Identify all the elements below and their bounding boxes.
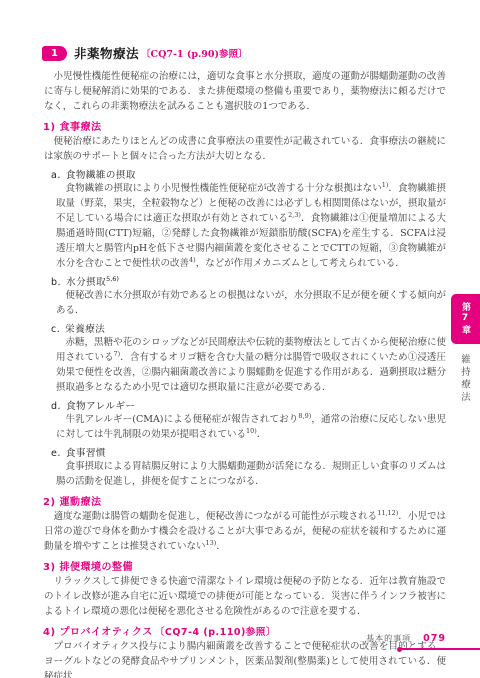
section-heading: 1)食事療法 <box>43 118 446 133</box>
reference-superscript: 11,12) <box>377 509 398 517</box>
reference-superscript: 8,9) <box>298 412 311 420</box>
section-heading-label: 排便環境の整備 <box>60 562 134 573</box>
subsection-label: d. <box>51 401 61 412</box>
section-number-badge: 1 <box>42 46 67 61</box>
subsection-label: c. <box>51 324 60 335</box>
subsection-heading-label: 食物アレルギー <box>66 401 135 412</box>
chapter-tab-label: 維持療法 <box>457 354 471 404</box>
reference-superscript: 4) <box>189 256 196 264</box>
section-probiotics: 4)プロバイオティクス〔CQ7-4 (p.110)参照〕 プロバイオティクス投与… <box>44 623 446 678</box>
subsection-heading: a.食物繊維の摂取 <box>51 167 446 181</box>
subsection-heading-label: 食事習慣 <box>66 448 106 459</box>
subsection-label: e. <box>51 448 61 459</box>
section-diet-therapy: 1)食事療法 便秘治療にあたりほとんどの成書に食事療法の重要性が記載されている．… <box>44 118 446 489</box>
reference-superscript: 2,3) <box>288 211 301 219</box>
paragraph: 便秘治療にあたりほとんどの成書に食事療法の重要性が記載されている．食事療法の継続… <box>44 134 446 164</box>
intro-paragraph: 小児慢性機能性便秘症の治療には，適切な食事と水分摂取，適度の運動が腸蠕動運動の改… <box>44 69 446 114</box>
section-number: 3) <box>43 562 56 573</box>
section-heading: 2)運動療法 <box>43 493 446 508</box>
reference-superscript: 13) <box>206 539 217 547</box>
section-exercise-therapy: 2)運動療法 適度な運動は腸管の蠕動を促進し，便秘改善につながる可能性が示唆され… <box>44 493 446 554</box>
section-heading-label: 運動療法 <box>60 497 102 508</box>
subsection-heading-label: 食物繊維の摂取 <box>66 170 136 181</box>
subsection-food-allergy: d.食物アレルギー 牛乳アレルギー(CMA)による便秘症が報告されており8,9)… <box>44 398 446 442</box>
cq-reference: 〔CQ7-1 (p.90)参照〕 <box>141 46 247 60</box>
paragraph: リラックスして排便できる快適で清潔なトイレ環境は便秘の予防となる．近年は教育施設… <box>44 574 446 619</box>
footer-rule <box>399 648 480 650</box>
subsection-heading: d.食物アレルギー <box>51 398 446 412</box>
chapter-tab-badge: 第7章 <box>451 294 480 344</box>
subsection-eating-habits: e.食事習慣 食事摂取による胃結腸反射により大腸蠕動運動が活発になる．規則正しい… <box>44 445 446 489</box>
book-page: 1 非薬物療法 〔CQ7-1 (p.90)参照〕 小児慢性機能性便秘症の治療には… <box>0 0 480 678</box>
subsection-heading-label: 栄養療法 <box>65 324 105 335</box>
paragraph: 牛乳アレルギー(CMA)による便秘症が報告されており8,9)，通常の治療に反応し… <box>56 412 446 442</box>
section-heading: 3)排便環境の整備 <box>43 558 446 573</box>
subsection-nutrition-therapy: c.栄養療法 赤糖，黒糖や花のシロップなどが民間療法や伝統的薬物療法として古くか… <box>44 321 446 395</box>
reference-superscript: 10) <box>246 427 257 435</box>
page-title: 非薬物療法 <box>74 44 139 62</box>
section-toilet-environment: 3)排便環境の整備 リラックスして排便できる快適で清潔なトイレ環境は便秘の予防と… <box>44 558 446 619</box>
subsection-heading-label: 水分摂取 <box>66 277 106 288</box>
subsection-dietary-fiber: a.食物繊維の摂取 食物繊維の摂取により小児慢性機能性便秘症が改善する十分な根拠… <box>44 167 446 271</box>
paragraph: 赤糖，黒糖や花のシロップなどが民間療法や伝統的薬物療法として古くから便秘治療に使… <box>56 335 446 395</box>
reference-superscript: 5,6) <box>106 275 119 283</box>
footer-page-number: 079 <box>423 633 446 644</box>
page-content: 1 非薬物療法 〔CQ7-1 (p.90)参照〕 小児慢性機能性便秘症の治療には… <box>44 44 446 678</box>
chapter-tab: 第7章 維持療法 <box>448 294 480 408</box>
subsection-heading: e.食事習慣 <box>51 445 446 459</box>
subsection-label: a. <box>51 170 61 181</box>
subsection-heading: c.栄養療法 <box>51 321 446 335</box>
paragraph: 便秘改善に水分摂取が有効であるとの根拠はないが，水分摂取不足が便を硬くする傾向が… <box>56 288 446 318</box>
section-heading-label: 食事療法 <box>60 122 102 133</box>
footer-section-label: 基本的事項 <box>366 633 411 644</box>
paragraph: 食物繊維の摂取により小児慢性機能性便秘症が改善する十分な根拠はない1)．食物繊維… <box>56 181 446 271</box>
section-header: 1 非薬物療法 〔CQ7-1 (p.90)参照〕 <box>42 44 446 62</box>
paragraph: プロバイオティクス投与により腸内細菌叢を改善することで便秘症状の改善を目的とする… <box>44 639 446 678</box>
paragraph: 食事摂取による胃結腸反射により大腸蠕動運動が活発になる．規則正しい食事のリズムは… <box>56 459 446 489</box>
section-number: 2) <box>43 497 56 508</box>
footer: 基本的事項 079 <box>0 633 446 644</box>
subsection-label: b. <box>51 277 61 288</box>
section-number: 1) <box>43 122 56 133</box>
paragraph: 適度な運動は腸管の蠕動を促進し，便秘改善につながる可能性が示唆される11,12)… <box>44 509 446 554</box>
subsection-water-intake: b.水分摂取5,6) 便秘改善に水分摂取が有効であるとの根拠はないが，水分摂取不… <box>44 274 446 318</box>
subsection-heading: b.水分摂取5,6) <box>51 274 446 288</box>
